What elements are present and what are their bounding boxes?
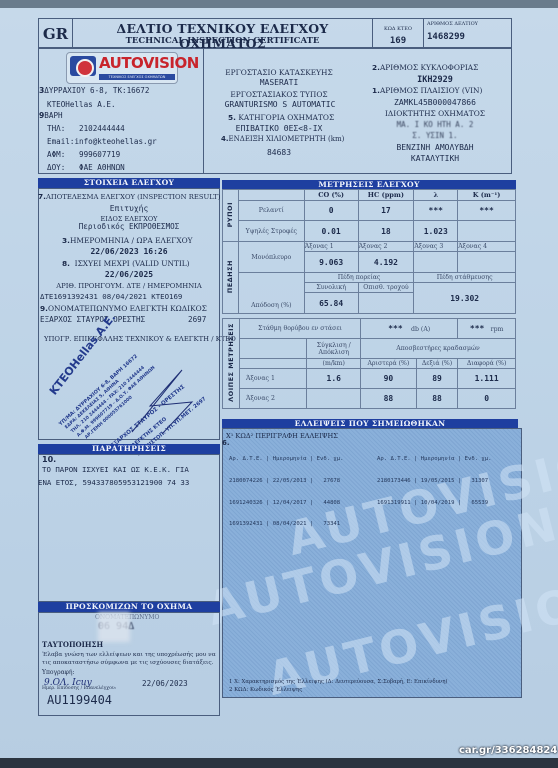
owner-line-2: Σ. ΥΣΙΝ 1.: [360, 131, 510, 140]
braking-table: ΠΕΔΗΣΗ Μονόπλευρο Άξονας 1 Άξονας 2 Άξον…: [222, 241, 516, 314]
station-city: ΒΑΡΗ: [44, 111, 62, 120]
noise-db-cell: *** db (A): [361, 319, 458, 339]
logo-brand: AUTOVISION: [99, 54, 199, 72]
email-label: Email:: [47, 137, 74, 146]
alignment-unit: (m/km): [307, 359, 361, 369]
history-row: 1691240326 | 12/04/2017 | 44808: [229, 500, 344, 507]
remarks-line-1: ΤΟ ΠΑΡΟΝ ΙΣΧΥΕΙ ΚΑΙ ΩΣ Κ.Ε.Κ. ΓΙΑ: [42, 465, 189, 474]
field-num: 5.: [228, 113, 236, 122]
idle-hc: 17: [358, 201, 414, 221]
imbalance-axle-3: [414, 252, 458, 273]
noise-rpm-unit: rpm: [491, 326, 504, 333]
owner-label: ΙΔΙΟΚΤΗΤΗΣ ΟΧΗΜΑΤΟΣ: [360, 109, 510, 118]
logo-tagline: ΤΕΧΝΙΚΟΣ ΕΛΕΓΧΟΣ ΟΧΗΜΑΤΩΝ: [99, 74, 175, 80]
other-side-label: ΛΟΙΠΕΣ ΜΕΤΡΗΣΕΙΣ: [223, 319, 240, 409]
imbalance-axle-2: 4.192: [358, 252, 414, 273]
idle-lambda: ***: [414, 201, 458, 221]
manufacturer-label: ΕΡΓΟΣΤΑΣΙΟ ΚΑΤΑΣΚΕΥΗΣ: [204, 68, 354, 77]
parking-brake-efficiency: 19.302: [414, 283, 516, 314]
noise-db: ***: [388, 324, 402, 333]
inspection-band: ΣΤΟΙΧΕΙΑ ΕΛΕΓΧΟΥ: [38, 178, 220, 188]
station-company: KTEOHellas A.E.: [47, 100, 116, 109]
signature-label: Υπογραφή:: [42, 669, 75, 676]
axle-1-alignment: 1.6: [307, 369, 361, 389]
axle-2-label: Άξονας 2: [240, 389, 307, 409]
inspection-result: Επιτυχής: [38, 204, 220, 213]
axle-2-alignment: [307, 389, 361, 409]
phone-label: ΤΗΛ:: [47, 124, 65, 133]
field-num: 7.: [38, 192, 46, 201]
noise-rpm: ***: [470, 324, 484, 333]
col-lambda: λ: [414, 190, 458, 201]
photo-edge-top: [0, 0, 558, 8]
braking-side-label: ΠΕΔΗΣΗ: [223, 242, 239, 314]
listing-watermark: car.gr/336284824: [459, 745, 557, 756]
history-right: Αρ. Δ.Τ.Ε. | Ημερομηνία | Ενδ. χμ. 21801…: [377, 442, 492, 521]
shock-absorbers-label: Αποσβεστήρες κραδασμών: [361, 339, 516, 359]
footnote-1: 1 Χ: Χαρακτηρισμός της Έλλειψης (Δ: Δευτ…: [229, 679, 448, 685]
history-row: 2180173446 | 19/05/2015 | 31307: [377, 478, 492, 485]
certificate-header: GR ΔΕΛΤΙΟ ΤΕΧΝΙΚΟΥ ΕΛΕΓΧΟΥ ΟΧΗΜΑΤΟΣ TECH…: [38, 18, 512, 48]
result-label: ΑΠΟΤΕΛΕΣΜΑ ΕΛΕΓΧΟΥ (INSPECTION RESULT): [46, 193, 220, 201]
parking-brake-label: Πέδη στάθμευσης: [414, 273, 516, 283]
inspection-date-label: ΗΜΕΡΟΜΗΝΙΑ / ΩΡΑ ΕΛΕΓΧΟΥ: [70, 236, 193, 245]
vin: ZAMKL45B000047866: [360, 98, 510, 107]
field-num: 8.: [62, 259, 70, 268]
field-num: 3.: [62, 236, 70, 245]
axle-2-shock-left: 88: [361, 389, 417, 409]
measurements-band: ΜΕΤΡΗΣΕΙΣ ΕΛΕΓΧΟΥ: [222, 180, 516, 189]
plate-label: ΑΡΙΘΜΟΣ ΚΥΚΛΟΦΟΡΙΑΣ: [380, 63, 478, 72]
odometer-label: ΕΝΔΕΙΞΗ ΧΙΛΙΟΜΕΤΡΗΤΗ (km): [229, 135, 345, 143]
photo-edge-bottom: [0, 758, 558, 768]
kteo-code-cell: ΚΩΔ ΚΤΕΟ 169: [372, 19, 424, 49]
history-row: 1691319911 | 10/04/2019 | 65539: [377, 500, 492, 507]
fuel-type: ΒΕΝΖΙΝΗ ΑΜΟΛΥΒΔΗ: [360, 143, 510, 152]
station-phone: 2102444444: [79, 124, 125, 133]
axle-1-shock-diff: 1.111: [458, 369, 516, 389]
model-label: ΕΡΓΟΣΤΑΣΙΑΚΟΣ ΤΥΠΟΣ: [204, 90, 354, 99]
kteo-code-label: ΚΩΔ ΚΤΕΟ: [373, 26, 423, 32]
idle-co: 0: [304, 201, 358, 221]
prev-dte-label: ΑΡΙΘ. ΠΡΟΗΓΟΥΜ. ΔΤΕ / ΗΜΕΡΟΜΗΝΙΑ: [38, 282, 220, 290]
field-num: 4.: [221, 135, 229, 143]
footnote-2: 2 ΚΩΔ: Κωδικός Έλλειψης: [229, 687, 302, 693]
history-row: 2180074226 | 22/05/2013 | 27678: [229, 478, 344, 485]
defects-area: AUTOVISION AUTOVISION AUTOVISION Χ¹ ΚΩΔ²…: [222, 428, 522, 698]
inspection-date: 22/06/2023 16:26: [38, 247, 220, 256]
cert-number-cell: ΑΡΙΘΜΟΣ ΔΕΛΤΙΟΥ 1468299: [427, 21, 478, 42]
fuel-catalyst: ΚΑΤΑΛΥΤΙΚΗ: [360, 154, 510, 163]
valid-until-label: ΙΣΧΥΕΙ ΜΕΧΡΙ (VALID UNTIL): [75, 259, 190, 268]
doy-label: ΔΟΥ:: [47, 163, 65, 172]
other-measurements-table: ΛΟΙΠΕΣ ΜΕΤΡΗΣΕΙΣ Στάθμη θορύβου εν στάσε…: [222, 318, 516, 409]
shock-right-header: Δεξιά (%): [416, 359, 458, 369]
manufacturer: MASERATI: [204, 78, 354, 87]
total-label: Συνολική: [304, 283, 358, 293]
axle-1-shock-left: 90: [361, 369, 417, 389]
col-co: CO (%): [304, 190, 358, 201]
afm-label: ΑΦΜ:: [47, 150, 65, 159]
emissions-side-label: ΡΥΠΟΙ: [223, 190, 239, 242]
category-label: ΚΑΤΗΓΟΡΙΑ ΟΧΗΜΑΤΟΣ: [238, 113, 334, 122]
inspector-name: ΕΞΑΡΧΟΣ ΣΤΑΥΡΟΣ ΟΡΕΣΤΗΣ: [40, 315, 145, 324]
redaction-blur: [98, 612, 130, 642]
odometer: 84683: [204, 148, 354, 157]
defects-header: Χ¹ ΚΩΔ² ΠΕΡΙΓΡΑΦΗ ΕΛΛΕΙΨΗΣ: [226, 432, 338, 440]
alignment-label: Σύγκλιση / Απόκλιση: [307, 339, 361, 359]
high-k: [458, 221, 516, 242]
high-rpm-label: Υψηλές Στροφές: [238, 221, 304, 242]
remarks-frame: [38, 454, 220, 602]
car-emblem-icon: [70, 56, 96, 76]
shock-left-header: Αριστερά (%): [361, 359, 417, 369]
history-left: Αρ. Δ.Τ.Ε. | Ημερομηνία | Ενδ. χμ. 21800…: [229, 442, 344, 543]
noise-label: Στάθμη θορύβου εν στάσει: [240, 319, 361, 339]
imbalance-label: Μονόπλευρο: [238, 242, 304, 273]
remarks-line-2: ΕΝΑ ΕΤΟΣ, 594337805953121900 74 33: [38, 478, 189, 487]
noise-rpm-cell: *** rpm: [458, 319, 516, 339]
cert-number-label: ΑΡΙΘΜΟΣ ΔΕΛΤΙΟΥ: [427, 21, 478, 27]
owner-line-1: ΜΑ. Ι ΚΟ ΗΤΗ Α. 2: [360, 120, 510, 129]
history-row: 1691392431 | 08/04/2021 | 73341: [229, 521, 344, 528]
field-num: 10.: [42, 455, 56, 464]
id-label: ΤΑΥΤΟΠΟΙΗΣΗ: [42, 640, 103, 649]
inspector-label: ΟΝΟΜΑΤΕΠΩΝΥΜΟ ΕΛΕΓΚΤΗ ΚΩΔΙΚΟΣ: [48, 304, 207, 313]
field-num: 9.: [40, 304, 48, 313]
inspection-type: Περιοδικός ΕΚΠΡΟΘΕΣΜΟΣ: [38, 222, 220, 231]
idle-k: ***: [458, 201, 516, 221]
prev-dte: ΔΤΕ1691392431 08/04/2021 ΚΤΕΟ169: [40, 292, 182, 301]
field-num: 1.: [372, 86, 380, 95]
acknowledgement-text: Έλαβα γνώση των ελλείψεων και της υποχρέ…: [42, 651, 218, 667]
certificate-subtitle: TECHNICAL INSPECTION CERTIFICATE: [75, 36, 370, 46]
efficiency-label: Απόδοση (%): [238, 273, 304, 314]
plate-number: IKH2929: [360, 75, 510, 85]
station-afm: 999607719: [79, 150, 120, 159]
axle-2-shock-diff: 0: [458, 389, 516, 409]
country-code: GR: [39, 19, 73, 49]
axle-1-header: Άξονας 1: [304, 242, 358, 252]
model: GRANTURISMO S AUTOMATIC: [200, 100, 360, 109]
high-lambda: 1.023: [414, 221, 458, 242]
service-brake-efficiency: 65.84: [304, 293, 358, 314]
category: ΕΠΙΒΑΤΙΚΟ ΘΕΣ<8-ΙΧ: [204, 124, 354, 133]
high-co: 0.01: [304, 221, 358, 242]
imbalance-axle-4: [458, 252, 516, 273]
axle-3-header: Άξονας 3: [414, 242, 458, 252]
station-address: ΔΥΡΡΑΧΙΟΥ 6-8, ΤΚ:16672: [44, 86, 149, 95]
field-num: 2.: [372, 63, 380, 72]
defects-band: ΕΛΛΕΙΨΕΙΣ ΠΟΥ ΣΗΜΕΙΩΘΗΚΑΝ: [222, 419, 518, 428]
axle-2-header: Άξονας 2: [358, 242, 414, 252]
signature-scribble: [122, 362, 202, 442]
autovision-logo: AUTOVISION ΤΕΧΝΙΚΟΣ ΕΛΕΓΧΟΣ ΟΧΗΜΑΤΩΝ: [66, 52, 178, 84]
serial-number: AU1199404: [47, 693, 112, 707]
inspector-code: 2697: [188, 315, 206, 324]
col-k: K (m⁻¹): [458, 190, 516, 201]
axle-4-header: Άξονας 4: [458, 242, 516, 252]
service-brake-label: Πέδη πορείας: [304, 273, 414, 283]
axle-2-shock-right: 88: [416, 389, 458, 409]
valid-until: 22/06/2025: [38, 270, 220, 279]
vin-label: ΑΡΙΘΜΟΣ ΠΛΑΙΣΙΟΥ (VIN): [380, 86, 482, 95]
kteo-code: 169: [373, 36, 423, 46]
col-hc: HC (ppm): [358, 190, 414, 201]
rear-wheel-efficiency: [358, 293, 414, 314]
date-label: Ημερ. Επίδοσης / Επανελέγχου:: [42, 686, 116, 691]
high-hc: 18: [358, 221, 414, 242]
shock-diff-header: Διαφορά (%): [458, 359, 516, 369]
emissions-table: ΡΥΠΟΙ CO (%) HC (ppm) λ K (m⁻¹) Ρελαντί …: [222, 189, 516, 242]
axle-1-shock-right: 89: [416, 369, 458, 389]
station-doy: ΦΑΕ ΑΘΗΝΩΝ: [79, 163, 125, 172]
per-wheel-label: Οπισθ. τροχού: [358, 283, 414, 293]
axle-1-label: Άξονας 1: [240, 369, 307, 389]
presenter-band: ΠΡΟΣΚΟΜΙΖΩΝ ΤΟ ΟΧΗΜΑ: [38, 602, 220, 612]
cert-number: 1468299: [427, 32, 478, 42]
presenter-date: 22/06/2023: [142, 679, 188, 688]
station-email: info@kteohellas.gr: [74, 137, 156, 146]
noise-db-unit: db (A): [411, 326, 430, 333]
imbalance-axle-1: 9.063: [304, 252, 358, 273]
remarks-band: ΠΑΡΑΤΗΡΗΣΕΙΣ: [38, 444, 220, 454]
idle-label: Ρελαντί: [238, 201, 304, 221]
company-stamp: ΚΤΕΟHellas A.E. ΥΠ/ΜΑ: ΔΥΡΡΑΧΙΟΥ 6-8, ΒΑ…: [52, 342, 212, 452]
